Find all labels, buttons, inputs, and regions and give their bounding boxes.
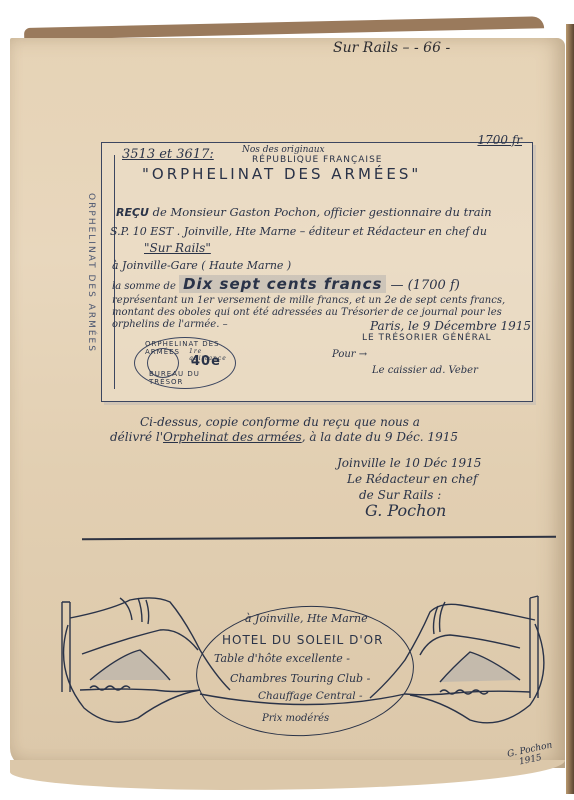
- signature-name: G. Pochon: [365, 503, 481, 519]
- receipt-margin-rule: [114, 155, 115, 389]
- caissier-signature: Le caissier ad. Veber: [372, 365, 478, 376]
- republique-heading: RÉPUBLIQUE FRANÇAISE: [252, 155, 382, 165]
- book-spine: [566, 24, 574, 794]
- place-date: Paris, le 9 Décembre 1915: [370, 319, 531, 333]
- stamp-bottom-text: BUREAU DU TRÉSOR: [149, 370, 235, 386]
- signature-role-1: Le Rédacteur en chef: [347, 471, 481, 487]
- recu-text: de Monsieur Gaston Pochon, officier gest…: [149, 205, 492, 219]
- somme-line: la somme de Dix sept cents francs — (170…: [112, 275, 460, 293]
- treasury-stamp: ORPHELINAT DES ARMÉES 1re quittance 40e …: [134, 337, 236, 389]
- note-prefix: délivré l': [110, 430, 163, 444]
- organization-title: "ORPHELINAT DES ARMÉES": [142, 165, 421, 183]
- editor-signature-block: Joinville le 10 Déc 1915 Le Rédacteur en…: [337, 455, 481, 519]
- ad-line-chauffage: Chauffage Central -: [258, 690, 363, 702]
- somme-amount: Dix sept cents francs: [179, 275, 386, 293]
- recu-line: REÇU de Monsieur Gaston Pochon, officier…: [116, 205, 492, 219]
- note-organization: Orphelinat des armées: [163, 430, 302, 444]
- somme-label: la somme de: [112, 281, 179, 292]
- reference-note: Nos des originaux: [242, 145, 325, 155]
- pour-label: Pour →: [332, 349, 367, 360]
- receipt-side-text: ORPHELINAT DES ARMÉES: [86, 193, 96, 353]
- copy-note-line-2: délivré l'Orphelinat des armées, à la da…: [110, 430, 458, 444]
- note-suffix: , à la date du 9 Déc. 1915: [302, 430, 458, 444]
- tresorier-title: LE TRÉSORIER GÉNÉRAL: [362, 333, 492, 343]
- address-line: à Joinville-Gare ( Haute Marne ): [112, 259, 291, 272]
- signature-place-date: Joinville le 10 Déc 1915: [337, 455, 481, 471]
- journal-name: "Sur Rails": [144, 241, 211, 255]
- stamp-value: 40e: [191, 354, 221, 369]
- ad-location: à Joinville, Hte Marne: [245, 612, 368, 625]
- description-line-2: montant des oboles qui ont été adressées…: [112, 307, 502, 318]
- copy-note-line-1: Ci-dessus, copie conforme du reçu que no…: [140, 415, 420, 429]
- somme-figure: — (1700 f): [386, 278, 459, 293]
- recu-label: REÇU: [116, 206, 149, 219]
- ad-line-prix: Prix modérés: [262, 713, 329, 724]
- amount-top: 1700 fr: [477, 133, 522, 147]
- ad-line-table: Table d'hôte excellente -: [214, 652, 350, 665]
- reference-numbers: 3513 et 3617:: [122, 147, 214, 162]
- book-top-edge: [24, 16, 544, 40]
- sp-line: S.P. 10 EST . Joinville, Hte Marne – édi…: [110, 225, 487, 238]
- receipt-document: ORPHELINAT DES ARMÉES 3513 et 3617: Nos …: [101, 142, 533, 402]
- running-header: Sur Rails – - 66 -: [333, 40, 450, 56]
- ad-line-chambres: Chambres Touring Club -: [230, 672, 370, 685]
- ad-hotel-name: HOTEL DU SOLEIL D'OR: [222, 633, 383, 647]
- description-line-1: représentant un 1er versement de mille f…: [112, 295, 505, 306]
- description-line-3: orphelins de l'armée. –: [112, 319, 228, 330]
